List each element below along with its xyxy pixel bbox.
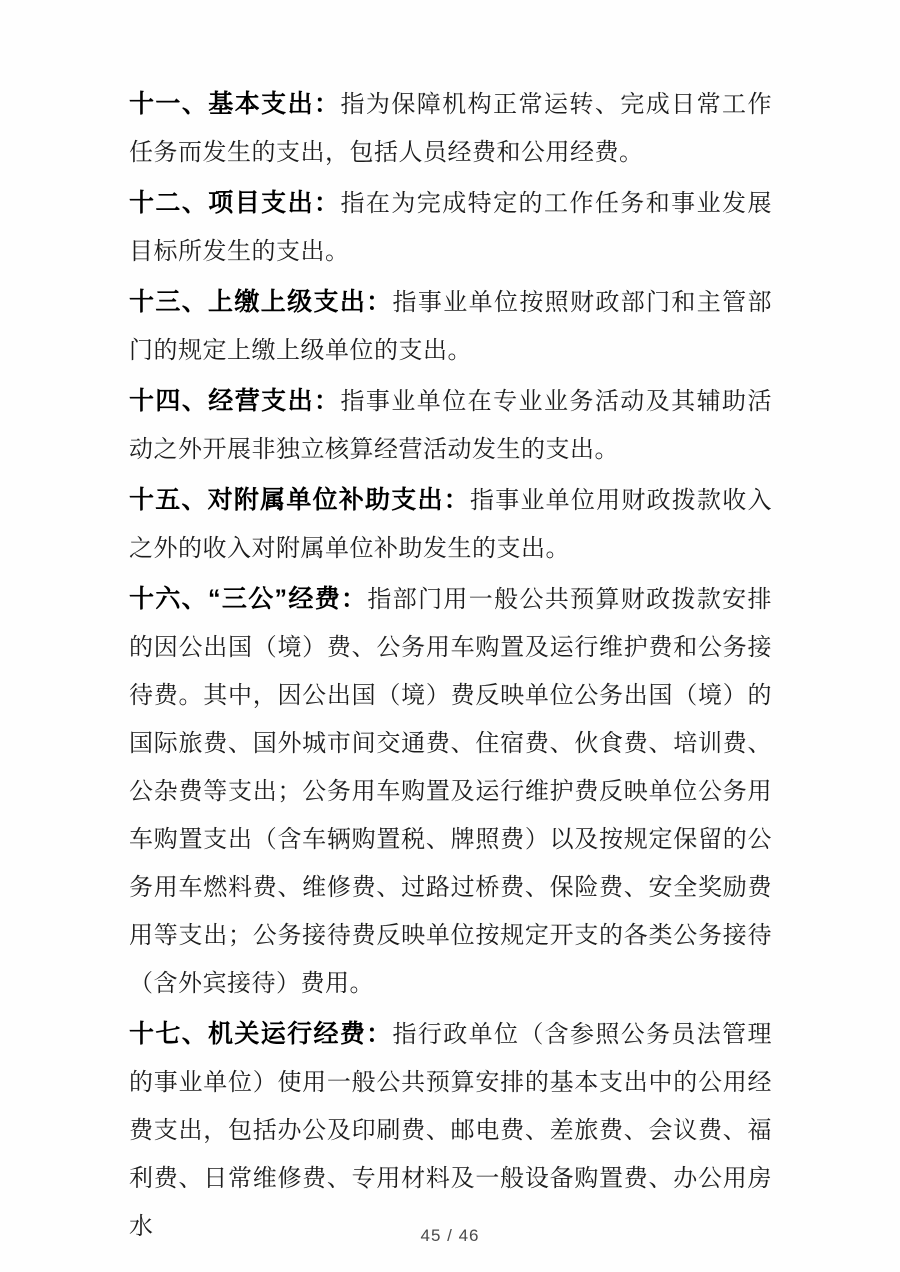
definition-item-11: 十一、基本支出：指为保障机构正常运转、完成日常工作任务而发生的支出，包括人员经费… [129,80,772,177]
definition-item-17: 十七、机关运行经费：指行政单位（含参照公务员法管理的事业单位）使用一般公共预算安… [129,1010,772,1251]
term-label: 十四、经营支出： [129,387,341,415]
term-label: 十五、对附属单位补助支出： [129,486,470,514]
definition-item-16: 十六、“三公”经费：指部门用一般公共预算财政拨款安排的因公出国（境）费、公务用车… [129,575,772,1008]
definition-item-15: 十五、对附属单位补助支出：指事业单位用财政拨款收入之外的收入对附属单位补助发生的… [129,476,772,573]
term-definition: 指行政单位（含参照公务员法管理的事业单位）使用一般公共预算安排的基本支出中的公用… [129,1022,772,1240]
term-label: 十二、项目支出： [129,189,341,217]
term-label: 十三、上缴上级支出： [129,288,393,316]
page-number: 45 / 46 [0,1226,900,1246]
document-page: 十一、基本支出：指为保障机构正常运转、完成日常工作任务而发生的支出，包括人员经费… [0,0,900,1272]
term-label: 十一、基本支出： [129,90,341,118]
definition-item-14: 十四、经营支出：指事业单位在专业业务活动及其辅助活动之外开展非独立核算经营活动发… [129,377,772,474]
term-definition: 指部门用一般公共预算财政拨款安排的因公出国（境）费、公务用车购置及运行维护费和公… [129,587,772,997]
definition-item-12: 十二、项目支出：指在为完成特定的工作任务和事业发展目标所发生的支出。 [129,179,772,276]
term-label: 十六、“三公”经费： [129,585,367,613]
document-content: 十一、基本支出：指为保障机构正常运转、完成日常工作任务而发生的支出，包括人员经费… [129,80,772,1253]
term-label: 十七、机关运行经费： [129,1020,393,1048]
definition-item-13: 十三、上缴上级支出：指事业单位按照财政部门和主管部门的规定上缴上级单位的支出。 [129,278,772,375]
